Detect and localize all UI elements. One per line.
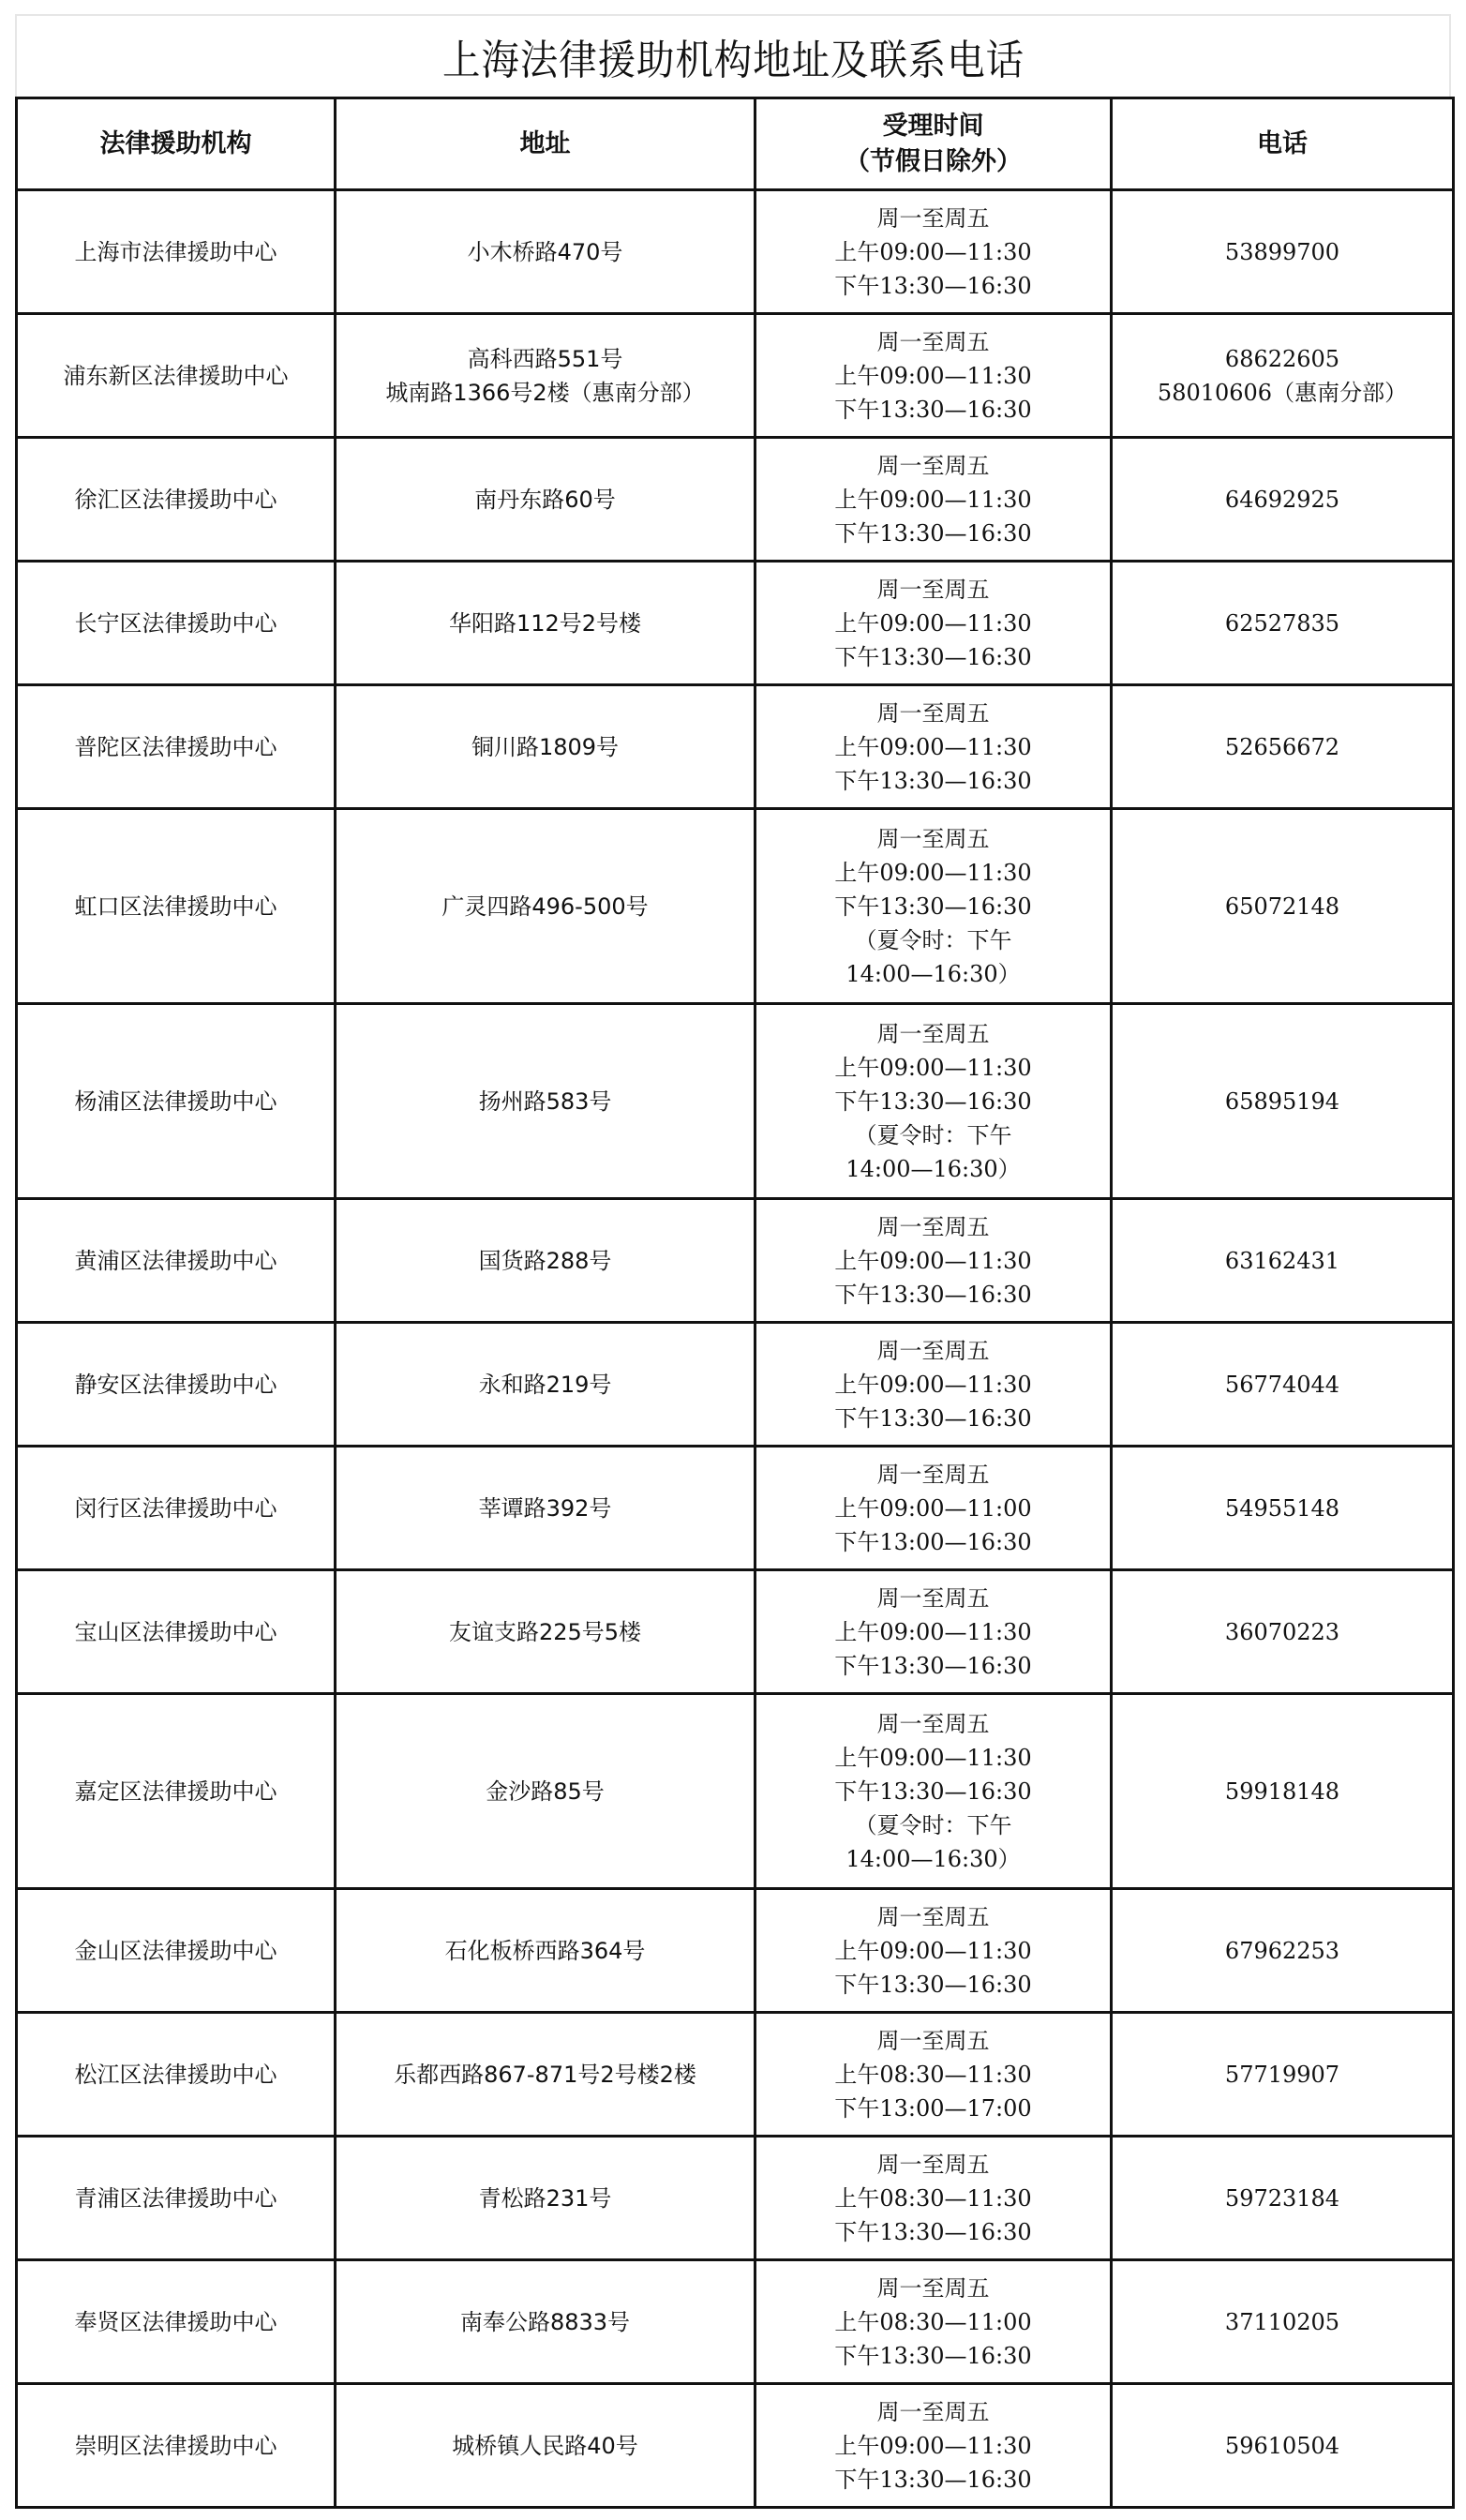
phone-number: 68622605: [1116, 342, 1448, 376]
hours-line: 上午09:00—11:30: [760, 1051, 1106, 1085]
phone-cell: 52656672: [1112, 685, 1454, 809]
phone-number: 53899700: [1116, 235, 1448, 269]
address-cell: 永和路219号: [336, 1323, 755, 1447]
address-line: 扬州路583号: [340, 1085, 750, 1118]
hours-line: 下午13:30—16:30: [760, 2339, 1106, 2373]
phone-number: 56774044: [1116, 1368, 1448, 1402]
institution-name: 奉贤区法律援助中心: [22, 2305, 330, 2339]
hours-cell: 周一至周五上午09:00—11:30下午13:30—16:30: [755, 190, 1112, 314]
phone-cell: 6862260558010606（惠南分部）: [1112, 314, 1454, 438]
header-hours-title: 受理时间: [760, 109, 1106, 144]
hours-line: 下午13:30—16:30: [760, 1278, 1106, 1312]
hours-line: 上午09:00—11:30: [760, 856, 1106, 890]
table-row: 黄浦区法律援助中心国货路288号周一至周五上午09:00—11:30下午13:3…: [17, 1199, 1454, 1323]
address-line: 永和路219号: [340, 1368, 750, 1402]
phone-cell: 65895194: [1112, 1004, 1454, 1199]
hours-line: 上午09:00—11:30: [760, 235, 1106, 269]
institution-cell: 虹口区法律援助中心: [17, 809, 336, 1004]
hours-line: 周一至周五: [760, 1334, 1106, 1368]
institution-name: 松江区法律援助中心: [22, 2058, 330, 2092]
address-cell: 石化板桥西路364号: [336, 1889, 755, 2013]
phone-cell: 36070223: [1112, 1570, 1454, 1694]
address-cell: 莘谭路392号: [336, 1447, 755, 1570]
table-row: 浦东新区法律援助中心高科西路551号城南路1366号2楼（惠南分部）周一至周五上…: [17, 314, 1454, 438]
address-cell: 金沙路85号: [336, 1694, 755, 1889]
address-line: 乐都西路867-871号2号楼2楼: [340, 2058, 750, 2092]
phone-number: 36070223: [1116, 1615, 1448, 1649]
institution-cell: 嘉定区法律援助中心: [17, 1694, 336, 1889]
hours-line: 14:00—16:30）: [760, 1152, 1106, 1186]
institution-cell: 松江区法律援助中心: [17, 2013, 336, 2137]
institution-cell: 长宁区法律援助中心: [17, 562, 336, 685]
hours-line: 上午09:00—11:30: [760, 1244, 1106, 1278]
address-line: 城南路1366号2楼（惠南分部）: [340, 376, 750, 410]
phone-number: 54955148: [1116, 1492, 1448, 1525]
hours-line: 下午13:30—16:30: [760, 764, 1106, 798]
institution-name: 长宁区法律援助中心: [22, 607, 330, 640]
hours-line: 下午13:30—16:30: [760, 269, 1106, 303]
hours-line: 上午08:30—11:00: [760, 2305, 1106, 2339]
hours-cell: 周一至周五上午09:00—11:30下午13:30—16:30: [755, 1570, 1112, 1694]
institution-cell: 黄浦区法律援助中心: [17, 1199, 336, 1323]
table-row: 宝山区法律援助中心友谊支路225号5楼周一至周五上午09:00—11:30下午1…: [17, 1570, 1454, 1694]
hours-line: 周一至周五: [760, 2148, 1106, 2182]
hours-line: 下午13:30—16:30: [760, 890, 1106, 923]
hours-line: 下午13:30—16:30: [760, 1649, 1106, 1683]
hours-cell: 周一至周五上午08:30—11:30下午13:00—17:00: [755, 2013, 1112, 2137]
hours-cell: 周一至周五上午09:00—11:30下午13:30—16:30: [755, 685, 1112, 809]
address-cell: 广灵四路496-500号: [336, 809, 755, 1004]
address-cell: 华阳路112号2号楼: [336, 562, 755, 685]
hours-cell: 周一至周五上午09:00—11:30下午13:30—16:30: [755, 314, 1112, 438]
hours-line: 周一至周五: [760, 325, 1106, 359]
address-cell: 南丹东路60号: [336, 438, 755, 562]
institution-name: 普陀区法律援助中心: [22, 730, 330, 764]
hours-line: 上午09:00—11:30: [760, 1934, 1106, 1968]
institution-cell: 普陀区法律援助中心: [17, 685, 336, 809]
institution-name: 静安区法律援助中心: [22, 1368, 330, 1402]
phone-cell: 59723184: [1112, 2137, 1454, 2260]
address-cell: 国货路288号: [336, 1199, 755, 1323]
table-row: 长宁区法律援助中心华阳路112号2号楼周一至周五上午09:00—11:30下午1…: [17, 562, 1454, 685]
hours-line: 下午13:30—16:30: [760, 517, 1106, 550]
hours-line: 下午13:30—16:30: [760, 2463, 1106, 2497]
address-line: 高科西路551号: [340, 342, 750, 376]
table-row: 崇明区法律援助中心城桥镇人民路40号周一至周五上午09:00—11:30下午13…: [17, 2384, 1454, 2508]
table-row: 杨浦区法律援助中心扬州路583号周一至周五上午09:00—11:30下午13:3…: [17, 1004, 1454, 1199]
hours-line: 周一至周五: [760, 449, 1106, 483]
table-row: 虹口区法律援助中心广灵四路496-500号周一至周五上午09:00—11:30下…: [17, 809, 1454, 1004]
hours-line: 上午09:00—11:30: [760, 483, 1106, 517]
address-line: 铜川路1809号: [340, 730, 750, 764]
institution-cell: 徐汇区法律援助中心: [17, 438, 336, 562]
hours-line: 上午09:00—11:30: [760, 1368, 1106, 1402]
institution-cell: 杨浦区法律援助中心: [17, 1004, 336, 1199]
address-cell: 乐都西路867-871号2号楼2楼: [336, 2013, 755, 2137]
phone-number: 37110205: [1116, 2305, 1448, 2339]
hours-line: 周一至周五: [760, 2024, 1106, 2058]
institution-name: 青浦区法律援助中心: [22, 2182, 330, 2215]
address-line: 小木桥路470号: [340, 235, 750, 269]
legal-aid-table: 法律援助机构 地址 受理时间 （节假日除外） 电话 上海市法律援助中心小木桥路4…: [15, 97, 1455, 2509]
table-body: 上海市法律援助中心小木桥路470号周一至周五上午09:00—11:30下午13:…: [17, 190, 1454, 2508]
hours-line: 周一至周五: [760, 2272, 1106, 2305]
phone-cell: 64692925: [1112, 438, 1454, 562]
institution-name: 嘉定区法律援助中心: [22, 1775, 330, 1808]
address-line: 莘谭路392号: [340, 1492, 750, 1525]
hours-line: 上午09:00—11:30: [760, 607, 1106, 640]
address-cell: 铜川路1809号: [336, 685, 755, 809]
hours-line: 下午13:30—16:30: [760, 1775, 1106, 1808]
institution-cell: 闵行区法律援助中心: [17, 1447, 336, 1570]
institution-cell: 浦东新区法律援助中心: [17, 314, 336, 438]
hours-line: 下午13:30—16:30: [760, 1402, 1106, 1435]
hours-line: 下午13:30—16:30: [760, 640, 1106, 674]
document-sheet: 上海法律援助机构地址及联系电话 法律援助机构 地址 受理时间 （节假日除外） 电…: [15, 14, 1451, 2509]
address-line: 城桥镇人民路40号: [340, 2429, 750, 2463]
hours-cell: 周一至周五上午08:30—11:00下午13:30—16:30: [755, 2260, 1112, 2384]
hours-line: 上午08:30—11:30: [760, 2058, 1106, 2092]
institution-name: 黄浦区法律援助中心: [22, 1244, 330, 1278]
hours-line: （夏令时：下午: [760, 923, 1106, 957]
address-cell: 友谊支路225号5楼: [336, 1570, 755, 1694]
table-row: 金山区法律援助中心石化板桥西路364号周一至周五上午09:00—11:30下午1…: [17, 1889, 1454, 2013]
hours-line: 上午09:00—11:30: [760, 2429, 1106, 2463]
hours-cell: 周一至周五上午09:00—11:30下午13:30—16:30（夏令时：下午14…: [755, 809, 1112, 1004]
institution-cell: 崇明区法律援助中心: [17, 2384, 336, 2508]
hours-cell: 周一至周五上午09:00—11:30下午13:30—16:30: [755, 1889, 1112, 2013]
address-line: 南奉公路8833号: [340, 2305, 750, 2339]
hours-cell: 周一至周五上午09:00—11:30下午13:30—16:30: [755, 1323, 1112, 1447]
phone-number: 57719907: [1116, 2058, 1448, 2092]
institution-name: 闵行区法律援助中心: [22, 1492, 330, 1525]
institution-name: 虹口区法律援助中心: [22, 890, 330, 923]
hours-line: （夏令时：下午: [760, 1118, 1106, 1152]
institution-name: 崇明区法律援助中心: [22, 2429, 330, 2463]
address-cell: 扬州路583号: [336, 1004, 755, 1199]
table-row: 徐汇区法律援助中心南丹东路60号周一至周五上午09:00—11:30下午13:3…: [17, 438, 1454, 562]
phone-number: 65895194: [1116, 1085, 1448, 1118]
table-row: 嘉定区法律援助中心金沙路85号周一至周五上午09:00—11:30下午13:30…: [17, 1694, 1454, 1889]
institution-cell: 宝山区法律援助中心: [17, 1570, 336, 1694]
phone-cell: 53899700: [1112, 190, 1454, 314]
header-hours-note: （节假日除外）: [760, 144, 1106, 180]
address-line: 国货路288号: [340, 1244, 750, 1278]
hours-cell: 周一至周五上午09:00—11:00下午13:00—16:30: [755, 1447, 1112, 1570]
phone-cell: 57719907: [1112, 2013, 1454, 2137]
phone-number: 64692925: [1116, 483, 1448, 517]
hours-line: 周一至周五: [760, 1210, 1106, 1244]
hours-line: 周一至周五: [760, 1900, 1106, 1934]
hours-line: 周一至周五: [760, 1582, 1106, 1615]
phone-number: 63162431: [1116, 1244, 1448, 1278]
header-address: 地址: [336, 98, 755, 190]
phone-number: 52656672: [1116, 730, 1448, 764]
hours-cell: 周一至周五上午09:00—11:30下午13:30—16:30（夏令时：下午14…: [755, 1694, 1112, 1889]
hours-line: 周一至周五: [760, 1458, 1106, 1492]
hours-line: 上午09:00—11:30: [760, 1615, 1106, 1649]
header-row: 法律援助机构 地址 受理时间 （节假日除外） 电话: [17, 98, 1454, 190]
header-institution: 法律援助机构: [17, 98, 336, 190]
header-phone: 电话: [1112, 98, 1454, 190]
hours-cell: 周一至周五上午09:00—11:30下午13:30—16:30: [755, 1199, 1112, 1323]
hours-cell: 周一至周五上午09:00—11:30下午13:30—16:30（夏令时：下午14…: [755, 1004, 1112, 1199]
institution-cell: 静安区法律援助中心: [17, 1323, 336, 1447]
address-line: 青松路231号: [340, 2182, 750, 2215]
hours-line: 14:00—16:30）: [760, 1842, 1106, 1876]
table-row: 闵行区法律援助中心莘谭路392号周一至周五上午09:00—11:00下午13:0…: [17, 1447, 1454, 1570]
address-cell: 小木桥路470号: [336, 190, 755, 314]
institution-name: 浦东新区法律援助中心: [22, 359, 330, 393]
hours-line: 上午08:30—11:30: [760, 2182, 1106, 2215]
page-title: 上海法律援助机构地址及联系电话: [442, 26, 1025, 86]
address-cell: 城桥镇人民路40号: [336, 2384, 755, 2508]
table-row: 普陀区法律援助中心铜川路1809号周一至周五上午09:00—11:30下午13:…: [17, 685, 1454, 809]
table-row: 上海市法律援助中心小木桥路470号周一至周五上午09:00—11:30下午13:…: [17, 190, 1454, 314]
phone-number: 65072148: [1116, 890, 1448, 923]
institution-cell: 青浦区法律援助中心: [17, 2137, 336, 2260]
phone-cell: 59918148: [1112, 1694, 1454, 1889]
address-cell: 南奉公路8833号: [336, 2260, 755, 2384]
hours-line: 14:00—16:30）: [760, 957, 1106, 991]
hours-cell: 周一至周五上午09:00—11:30下午13:30—16:30: [755, 562, 1112, 685]
hours-line: 周一至周五: [760, 573, 1106, 607]
hours-line: 上午09:00—11:30: [760, 730, 1106, 764]
phone-cell: 59610504: [1112, 2384, 1454, 2508]
phone-cell: 54955148: [1112, 1447, 1454, 1570]
table-row: 静安区法律援助中心永和路219号周一至周五上午09:00—11:30下午13:3…: [17, 1323, 1454, 1447]
address-line: 南丹东路60号: [340, 483, 750, 517]
address-cell: 青松路231号: [336, 2137, 755, 2260]
table-row: 松江区法律援助中心乐都西路867-871号2号楼2楼周一至周五上午08:30—1…: [17, 2013, 1454, 2137]
hours-cell: 周一至周五上午09:00—11:30下午13:30—16:30: [755, 2384, 1112, 2508]
phone-cell: 65072148: [1112, 809, 1454, 1004]
hours-line: 周一至周五: [760, 822, 1106, 856]
address-line: 石化板桥西路364号: [340, 1934, 750, 1968]
title-box: 上海法律援助机构地址及联系电话: [15, 14, 1451, 97]
institution-name: 宝山区法律援助中心: [22, 1615, 330, 1649]
table-row: 青浦区法律援助中心青松路231号周一至周五上午08:30—11:30下午13:3…: [17, 2137, 1454, 2260]
phone-cell: 62527835: [1112, 562, 1454, 685]
phone-number: 67962253: [1116, 1934, 1448, 1968]
phone-number: 59723184: [1116, 2182, 1448, 2215]
hours-line: 下午13:30—16:30: [760, 1085, 1106, 1118]
address-line: 广灵四路496-500号: [340, 890, 750, 923]
phone-number: 58010606（惠南分部）: [1116, 376, 1448, 410]
hours-line: 周一至周五: [760, 1017, 1106, 1051]
institution-cell: 金山区法律援助中心: [17, 1889, 336, 2013]
institution-name: 金山区法律援助中心: [22, 1934, 330, 1968]
hours-line: 周一至周五: [760, 2395, 1106, 2429]
institution-name: 上海市法律援助中心: [22, 235, 330, 269]
institution-name: 徐汇区法律援助中心: [22, 483, 330, 517]
hours-line: 上午09:00—11:00: [760, 1492, 1106, 1525]
address-line: 华阳路112号2号楼: [340, 607, 750, 640]
hours-line: 周一至周五: [760, 202, 1106, 235]
address-cell: 高科西路551号城南路1366号2楼（惠南分部）: [336, 314, 755, 438]
institution-name: 杨浦区法律援助中心: [22, 1085, 330, 1118]
institution-cell: 奉贤区法律援助中心: [17, 2260, 336, 2384]
hours-line: 下午13:00—17:00: [760, 2092, 1106, 2125]
hours-cell: 周一至周五上午08:30—11:30下午13:30—16:30: [755, 2137, 1112, 2260]
table-row: 奉贤区法律援助中心南奉公路8833号周一至周五上午08:30—11:00下午13…: [17, 2260, 1454, 2384]
hours-line: 上午09:00—11:30: [760, 1741, 1106, 1775]
phone-number: 62527835: [1116, 607, 1448, 640]
hours-line: （夏令时：下午: [760, 1808, 1106, 1842]
phone-cell: 37110205: [1112, 2260, 1454, 2384]
address-line: 金沙路85号: [340, 1775, 750, 1808]
address-line: 友谊支路225号5楼: [340, 1615, 750, 1649]
header-hours: 受理时间 （节假日除外）: [755, 98, 1112, 190]
hours-line: 周一至周五: [760, 697, 1106, 730]
phone-number: 59610504: [1116, 2429, 1448, 2463]
hours-line: 下午13:30—16:30: [760, 2215, 1106, 2249]
hours-line: 下午13:00—16:30: [760, 1525, 1106, 1559]
phone-cell: 67962253: [1112, 1889, 1454, 2013]
hours-cell: 周一至周五上午09:00—11:30下午13:30—16:30: [755, 438, 1112, 562]
hours-line: 周一至周五: [760, 1707, 1106, 1741]
phone-number: 59918148: [1116, 1775, 1448, 1808]
hours-line: 下午13:30—16:30: [760, 1968, 1106, 2002]
phone-cell: 56774044: [1112, 1323, 1454, 1447]
phone-cell: 63162431: [1112, 1199, 1454, 1323]
hours-line: 下午13:30—16:30: [760, 393, 1106, 427]
institution-cell: 上海市法律援助中心: [17, 190, 336, 314]
hours-line: 上午09:00—11:30: [760, 359, 1106, 393]
